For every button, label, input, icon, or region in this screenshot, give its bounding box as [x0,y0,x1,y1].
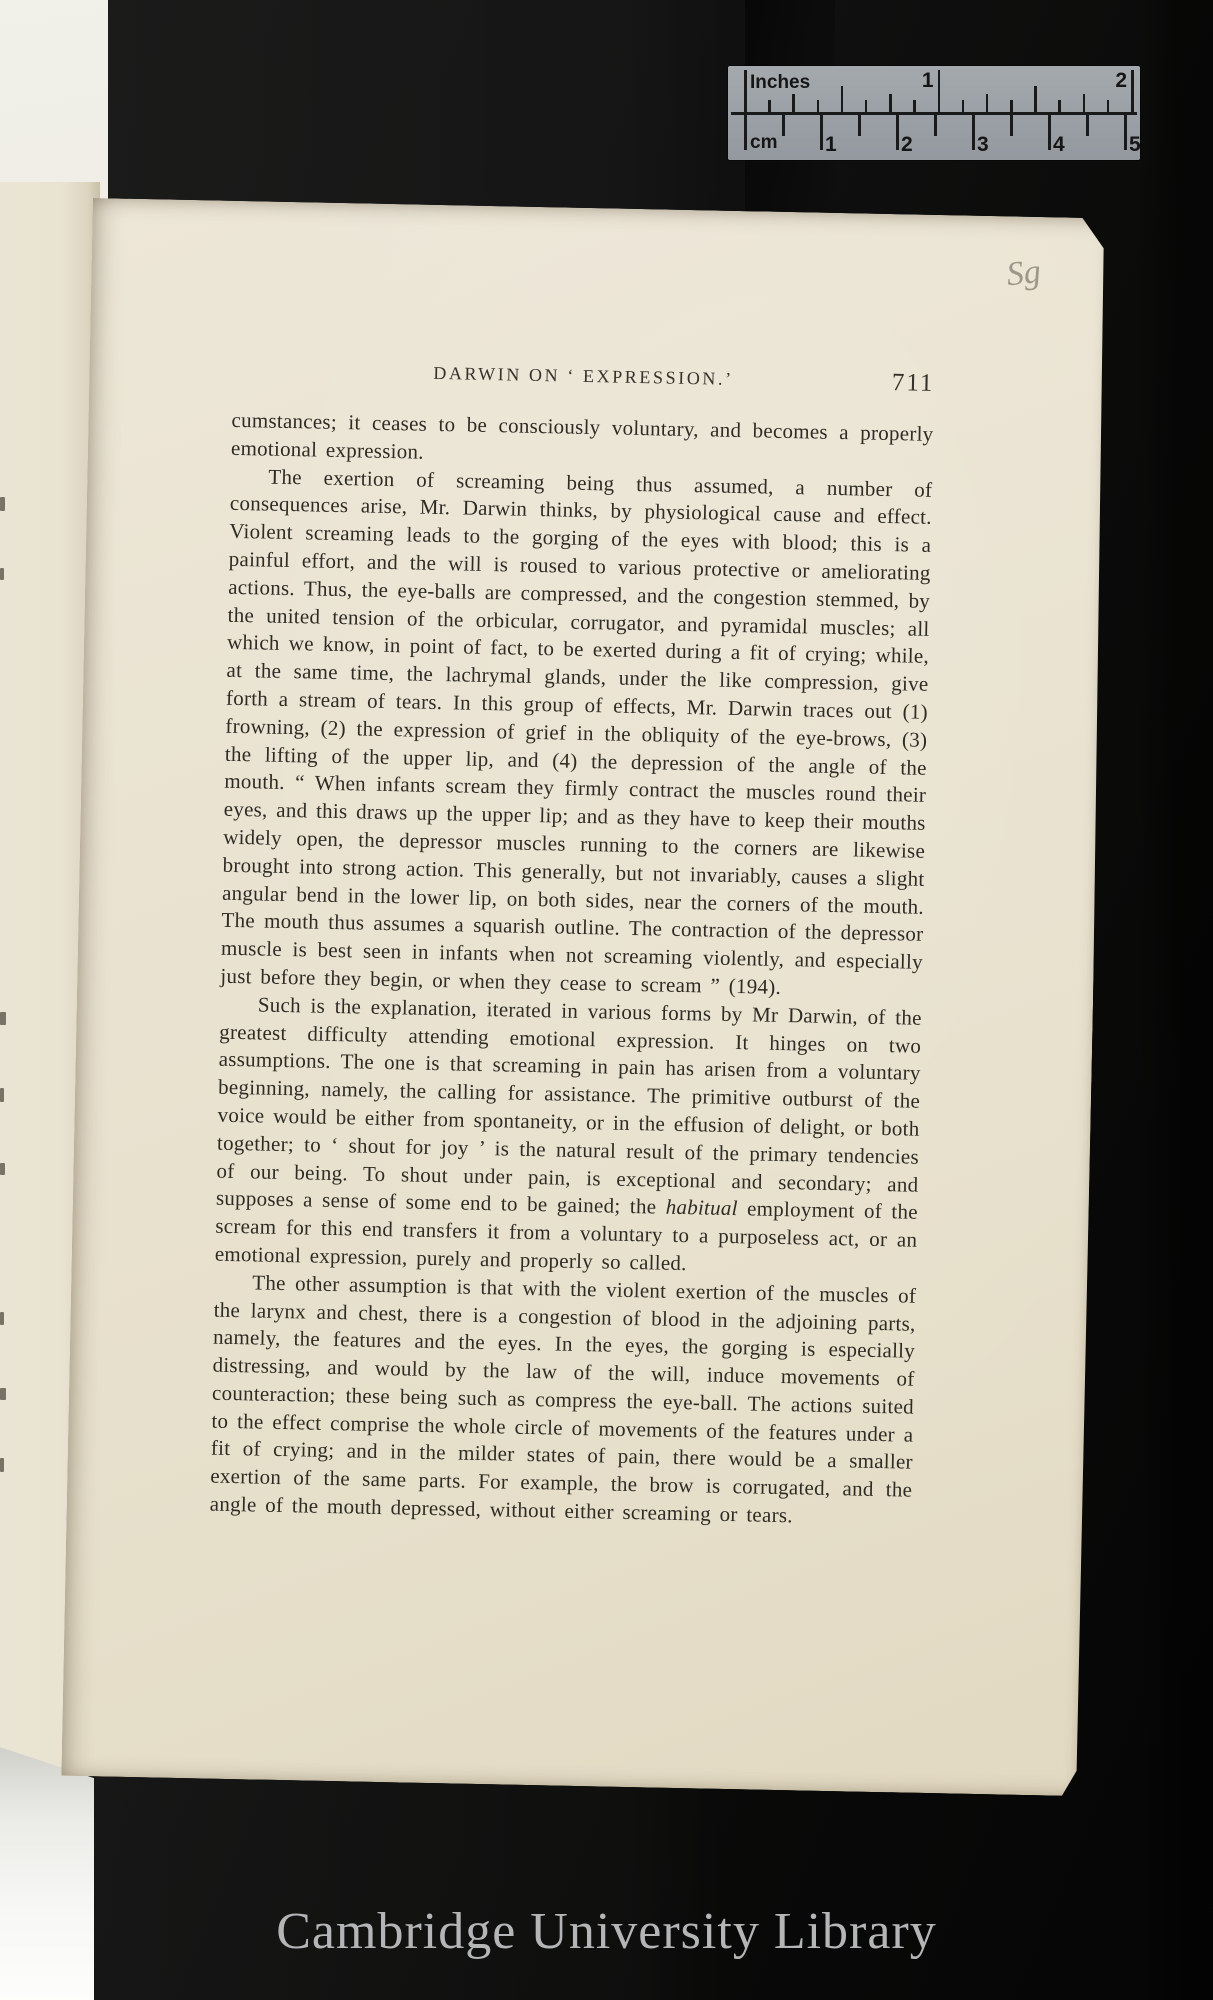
ruler-tick-cm [858,115,861,136]
ruler-tick-inch [744,70,747,112]
ruler-cm-label: cm [750,132,777,154]
ruler-number: 4 [1053,134,1065,155]
library-watermark: Cambridge University Library [0,1902,1213,1961]
ruler-number: 2 [901,134,913,155]
cloth-right-shadow [1138,0,1213,2000]
ruler-tick-inch [817,100,820,112]
ruler-tick-cm [972,115,975,150]
text-run: The exertion of screaming being thus ass… [220,464,932,999]
ruler-tick-inch [962,100,965,112]
ruler-tick-inch [841,86,844,112]
clipped-text-fragment [0,1388,6,1400]
ruler-tick-inch [768,100,771,112]
ruler-number: 3 [977,134,989,155]
pencil-annotation: Sg [1005,253,1043,294]
clipped-text-fragment [0,1312,4,1325]
text-run: Such is the explanation, iterated in var… [216,992,922,1219]
clipped-text-fragment [0,497,5,511]
paragraph: The exertion of screaming being thus ass… [220,462,932,1004]
loose-sheet-bottom-left [0,1742,94,2000]
page-number: 711 [892,369,935,398]
ruler-tick-cm [896,115,899,150]
ruler: Inches cm 1212345 [728,66,1140,160]
ruler-number: 5 [1129,134,1141,155]
ruler-tick-cm [782,115,785,136]
ruler-tick-inch [938,70,941,112]
paragraph: The other assumption is that with the vi… [210,1268,917,1532]
ruler-tick-cm [934,115,937,136]
ruler-tick-inch [865,100,868,112]
ruler-tick-inch [1034,86,1037,112]
clipped-text-fragment [0,1088,4,1102]
text-run: The other assumption is that with the vi… [210,1270,917,1527]
ruler-number: 1 [825,134,837,155]
ruler-tick-inch [792,94,795,112]
ruler-tick-inch [986,94,989,112]
ruler-tick-inch [1058,100,1061,112]
ruler-tick-cm [1124,115,1127,150]
clipped-text-fragment [0,568,4,580]
clipped-text-fragment [0,1163,5,1175]
ruler-inches-label: Inches [750,72,810,94]
photograph: Inches cm 1212345 Sg DARWIN ON ‘ EXPRESS… [0,0,1213,2000]
ruler-tick-inch [1107,100,1110,112]
ruler-tick-inch [1131,70,1134,112]
clipped-text-fragment [0,1458,4,1472]
ruler-tick-inch [1083,94,1086,112]
ruler-number: 1 [922,70,934,91]
ruler-tick-cm [1010,115,1013,136]
clipped-text-fragment [0,1012,6,1025]
ruler-tick-inch [1010,100,1013,112]
body-text: cumstances; it ceases to be consciously … [210,407,934,1533]
ruler-tick-cm [1048,115,1051,150]
ruler-tick-inch [913,100,916,112]
ruler-tick-cm [820,115,823,150]
ruler-tick-cm [744,115,747,150]
book-page: Sg DARWIN ON ‘ EXPRESSION.’ 711 cumstanc… [61,198,1108,1796]
running-head-row: DARWIN ON ‘ EXPRESSION.’ 711 [232,359,934,403]
paragraph: Such is the explanation, iterated in var… [215,990,922,1282]
ruler-number: 2 [1115,70,1127,91]
text-run: cumstances; it ceases to be consciously … [231,408,934,464]
italic-run: habitual [665,1195,737,1220]
running-head: DARWIN ON ‘ EXPRESSION.’ [232,359,934,394]
ruler-tick-inch [889,94,892,112]
ruler-tick-cm [1086,115,1089,136]
